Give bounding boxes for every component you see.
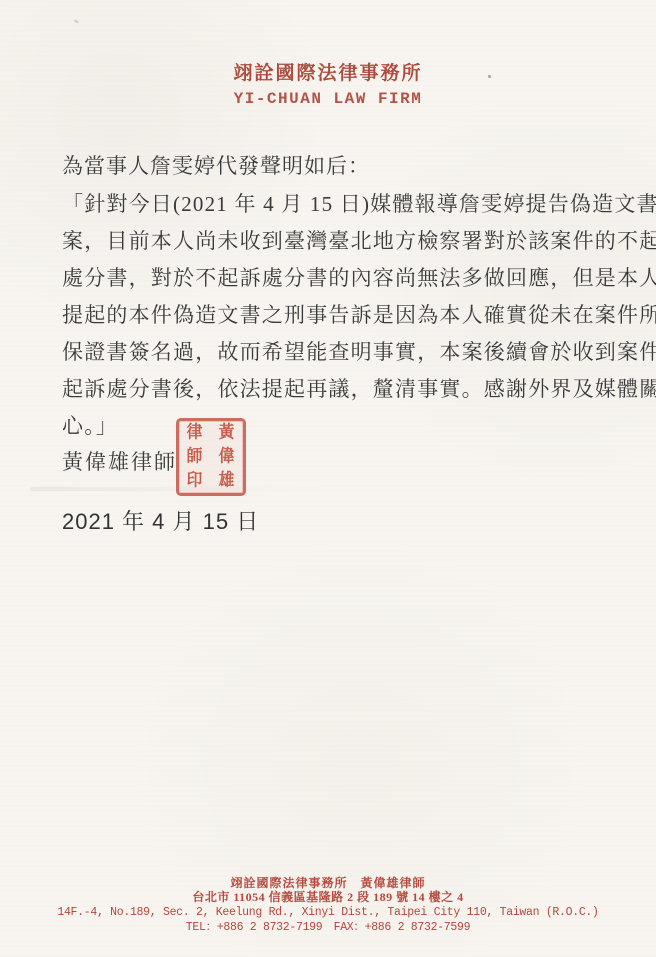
seal-character: 偉 [219,448,235,465]
letterhead-firm-name-en: YI-CHUAN LAW FIRM [0,90,656,108]
letterhead-firm-name-zh: 翊詮國際法律事務所 [0,58,656,85]
statement-line: 保證書簽名過，故而希望能查明事實，本案後續會於收到案件不 [62,336,600,373]
seal-character: 律 [187,424,203,441]
statement-line: 「針對今日(2021 年 4 月 15 日)媒體報導詹雯婷提告偽造文書乙 [62,188,600,225]
statement-intro: 為當事人詹雯婷代發聲明如后： [62,150,600,180]
footer-address-zh: 台北市 11054 信義區基隆路 2 段 189 號 14 樓之 4 [0,890,656,905]
statement-line: 心。」 [62,410,600,447]
statement-line: 起訴處分書後，依法提起再議，釐清事實。感謝外界及媒體關 [62,373,600,410]
footer-contact: TEL：+886 2 8732-7199 FAX：+886 2 8732-759… [0,920,656,935]
scanned-letter-page: 翊詮國際法律事務所 YI-CHUAN LAW FIRM 為當事人詹雯婷代發聲明如… [0,0,656,957]
seal-character: 師 [187,448,203,465]
seal-character: 黃 [219,424,235,441]
statement-paragraph: 「針對今日(2021 年 4 月 15 日)媒體報導詹雯婷提告偽造文書乙 案，目… [62,188,600,447]
letter-footer: 翊詮國際法律事務所 黃偉雄律師 台北市 11054 信義區基隆路 2 段 189… [0,876,656,935]
lawyer-signature: 黃偉雄律師 [62,446,177,476]
scan-artifact-streak [30,487,340,491]
statement-date: 2021 年 4 月 15 日 [62,505,259,536]
footer-address-en: 14F.-4, No.189, Sec. 2, Keelung Rd., Xin… [0,905,656,920]
scan-speck [74,19,80,24]
statement-line: 案，目前本人尚未收到臺灣臺北地方檢察署對於該案件的不起訴 [62,225,600,262]
statement-line: 提起的本件偽造文書之刑事告訴是因為本人確實從未在案件所涉 [62,299,600,336]
statement-line: 處分書，對於不起訴處分書的內容尚無法多做回應，但是本人所 [62,262,600,299]
lawyer-seal-stamp: 律 黃 師 偉 印 雄 [176,418,246,496]
footer-firm-line: 翊詮國際法律事務所 黃偉雄律師 [0,876,656,890]
